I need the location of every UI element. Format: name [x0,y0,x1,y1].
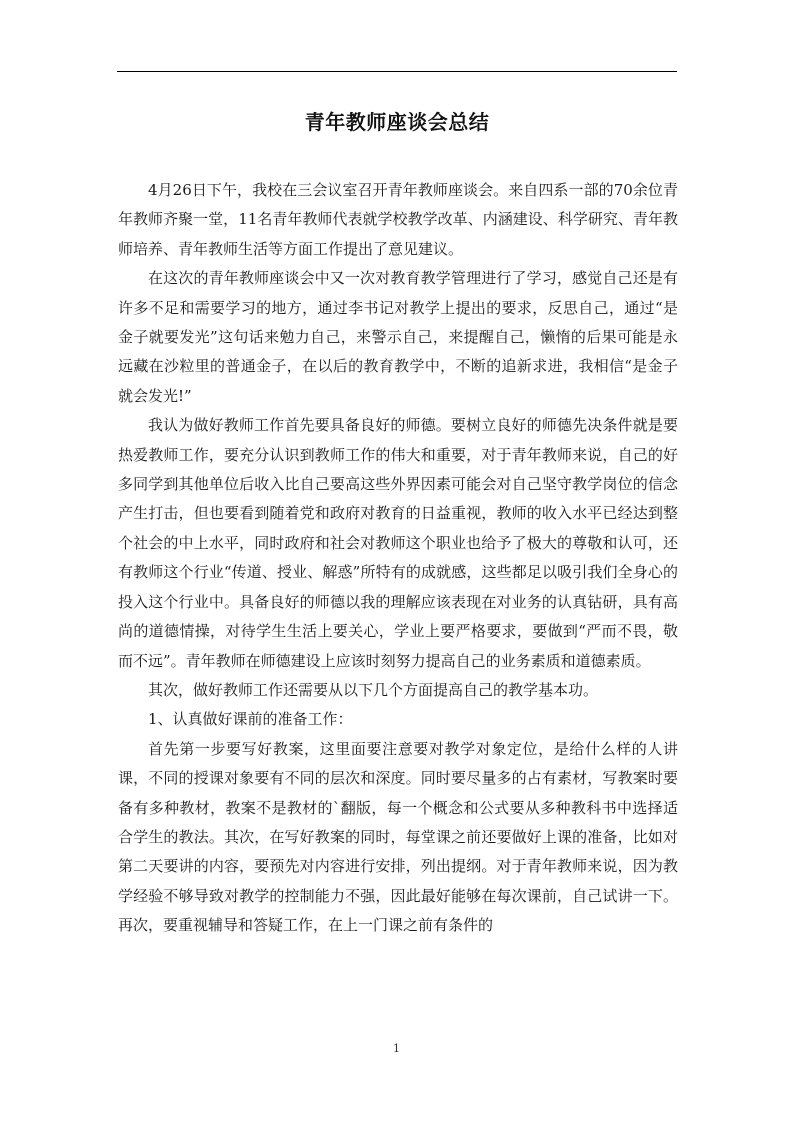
paragraph-reflection: 在这次的青年教师座谈会中又一次对教育教学管理进行了学习，感觉自己还是有许多不足和… [118,264,678,411]
page-number: 1 [0,1042,793,1055]
document-body: 4月26日下午，我校在三会议室召开青年教师座谈会。来自四系一部的70余位青年教师… [118,176,678,941]
paragraph-basic-skills: 其次，做好教师工作还需要从以下几个方面提高自己的教学基本功。 [118,676,678,705]
paragraph-meeting-intro: 4月26日下午，我校在三会议室召开青年教师座谈会。来自四系一部的70余位青年教师… [118,176,678,264]
paragraph-lesson-preparation: 首先第一步要写好教案，这里面要注意要对教学对象定位，是给什么样的人讲课，不同的授… [118,735,678,941]
document-title: 青年教师座谈会总结 [117,106,677,135]
paragraph-teacher-ethics: 我认为做好教师工作首先要具备良好的师德。要树立良好的师德先决条件就是要热爱教师工… [118,411,678,676]
header-rule [117,71,677,72]
paragraph-section-1-heading: 1、认真做好课前的准备工作： [118,705,678,734]
